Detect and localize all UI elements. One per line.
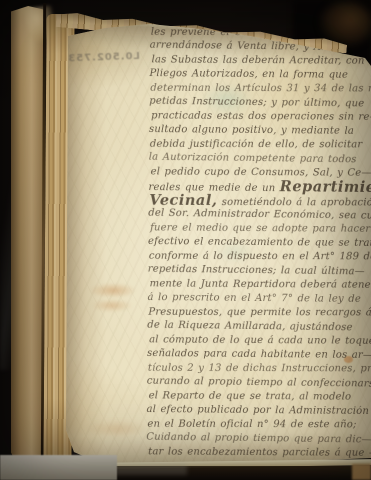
handwriting-segment: á lo prescrito en el Art° 7° de la ley d… <box>147 292 361 305</box>
cover-corner-patch <box>352 464 371 480</box>
handwriting-segment: Pliegos Autorizados, en la forma que <box>149 68 348 81</box>
handwriting-segment: del Sor. Administrador Económico, sea cu… <box>148 208 371 222</box>
sepia-bleed-mark <box>90 283 136 298</box>
manuscript-line: tar los encabezamientos parciales á que … <box>148 445 370 460</box>
handwriting-segment: sultado alguno positivo, y mediante la <box>149 124 354 137</box>
sepia-bleed-mark <box>92 299 132 312</box>
handwriting-segment: practicadas estas dos operaciones sin re… <box>151 110 371 122</box>
handwriting-segment: el Reparto de que se trata, al modelo <box>149 390 352 402</box>
manuscript-line: á lo prescrito en el Art° 7° de la ley d… <box>147 291 369 307</box>
book-photograph: L0.502.753 les previene el Contrato de l… <box>0 0 371 480</box>
handwriting-segment: sometiéndolo á la aprobación <box>217 197 371 208</box>
scan-artifact-strip <box>115 464 187 475</box>
book-cover-edge <box>11 6 44 464</box>
handwriting-segment: el pedido cupo de Consumos, Sal, y Ce— <box>151 166 371 178</box>
handwriting-segment: al efecto publicado por la Administració… <box>146 404 369 417</box>
handwriting-segment: tar los encabezamientos parciales á que … <box>148 446 371 458</box>
handwriting-segment: en el Boletín oficial n° 94 de este año; <box>147 419 356 431</box>
manuscript-line: señalados para cada habitante en los ar— <box>147 347 369 363</box>
manuscript-line: sultado alguno positivo, y mediante la <box>149 123 371 139</box>
handwriting-segment: la Autorización competente para todos <box>149 152 357 166</box>
manuscript-line: Pliegos Autorizados, en la forma que <box>149 67 371 83</box>
handwriting-segment: al cómputo de lo que á cada uno le toque… <box>149 334 371 347</box>
handwriting-segment: señalados para cada habitante en los ar— <box>147 348 371 361</box>
handwriting-segment: las Subastas las deberán Acreditar, con … <box>152 54 371 66</box>
handwriting-segment: tículos 2 y 13 de dichas Instrucciones, … <box>148 363 371 375</box>
manuscript-line: efectivo el encabezamiento de que se tra… <box>148 235 370 251</box>
handwriting-segment: Cuidando al propio tiempo que para dic— <box>146 432 371 446</box>
handwriting-segment: conforme á lo dispuesto en el Art° 189 d… <box>149 251 371 263</box>
sepia-bleed-mark <box>86 420 148 438</box>
handwriting-segment: de la Riqueza Amillarada, ajustándose <box>147 320 353 334</box>
handwriting-segment: determinan los Artículos 31 y 34 de las … <box>150 83 371 95</box>
handwriting-segment: curando al propio tiempo al confeccionar… <box>147 376 371 390</box>
handwritten-text: les previene el Contrato de la Subasta, … <box>146 25 371 461</box>
handwriting-segment: mente la Junta Repartidora deberá atener… <box>150 278 371 290</box>
handwriting-segment: fuere el medio que se adopte para hacer <box>150 222 370 234</box>
blurred-object-smudge <box>320 2 371 46</box>
handwriting-segment: efectivo el encabezamiento de que se tra… <box>148 236 371 249</box>
scan-artifact-strip <box>0 455 117 480</box>
handwriting-segment: Presupuestos, que permite los recargos á <box>148 307 371 319</box>
handwriting-segment: repetidas Instrucciones; la cual última— <box>148 264 365 278</box>
mirrored-stamp-bleed: L0.502.753 <box>74 51 140 68</box>
handwriting-segment: petidas Instrucciones; y por último, que <box>149 96 364 110</box>
handwriting-segment: debida justificación de ello, de solicit… <box>150 139 362 151</box>
manuscript-line: al efecto publicado por la Administració… <box>146 403 368 419</box>
